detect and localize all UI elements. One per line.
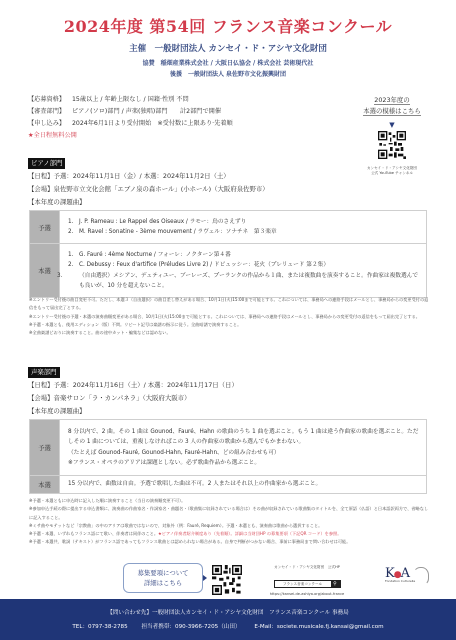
page-title: 2024年度 第54回 フランス音楽コンクール [0,14,456,37]
logo-swirl-icon [413,567,429,585]
table-row: 本選 1.G. Fauré : 4ème Nocturne / フォーレ：ノクタ… [30,244,427,298]
final-label: 本選 [30,476,60,494]
requirement-note: ※フランス・オペラのアリアは課題としない。必ず歌曲作品から選ぶこと。 [68,458,420,469]
vocal-section-tag: 声楽部門 [28,367,60,378]
general-info: 【応募資格】15歳以上 / 年齢上限なし / 国籍·性別 不問 【審査部門】ピア… [28,94,233,142]
note: ※全曲楽譜どおりに演奏すること。曲の途中カット・編集などは認めない。 [29,329,429,337]
info-row-eligibility: 【応募資格】15歳以上 / 年齢上限なし / 国籍·性別 不問 [28,94,233,106]
table-row: 本選 15 分以内で、曲数は自由。予選で歌唱した曲は不可。2 人またはそれ以上の… [30,476,427,494]
contact-details: TEL：0797-38-2785 担当者携帯：090-3966-7205（山田）… [0,622,456,630]
info-value: 2024年6月1日より受付開始 ※受付数に上限あり·先着順 [72,120,233,127]
note: ※予選・本選、いずれもフランス語にて歌い、伴奏者は同伴のこと。★ピアノ伴奏者紹介… [29,530,429,538]
hp-caption: カンセイ・ド・アシヤ文化財団 公式HP [252,565,362,570]
contact-email[interactable]: E-Mail：societe.musicale.fj.kansai@gmail.… [254,624,383,630]
prelim-requirements: 8 分以内で、2 曲。その 1 曲は Gounod、Fauré、Hahn の歌曲… [60,420,427,476]
host-line: 主催 一般財団法人 カンセイ・ド・アシヤ文化財団 [0,42,456,54]
free-admission-note: ★全日程無料公開 [28,130,233,142]
note: ※予選・本選とも、使用エディション（版）不問。リピート記号は楽譜の指示に従う。全… [29,321,429,329]
prelim-pieces: 1.J. P. Rameau : Le Rappel des Oiseaux /… [60,211,427,244]
prelim-label: 予選 [30,420,60,476]
vocal-pieces-heading: 【本年度の課題曲】 [28,405,238,418]
youtube-qr-code[interactable] [378,131,406,159]
recruit-info-button[interactable]: 募集要項について 詳細はこちら [123,563,203,593]
table-row: 予選 1.J. P. Rameau : Le Rappel des Oiseau… [30,211,427,244]
vocal-venue: 【会場】音楽サロン「ラ・カンパネラ」（大阪府大阪市） [28,392,238,405]
search-icon[interactable]: ⚲ [331,580,340,588]
search-input[interactable]: フランス音楽コンクール [275,581,331,587]
final-pieces: 1.G. Fauré : 4ème Nocturne / フォーレ：ノクターン第… [60,244,427,298]
support-line: 後援 一般財団法人 泉佐野市文化振興財団 [0,69,456,78]
video-link-text-2[interactable]: 本選の模様はこちら [336,106,448,117]
piano-schedule: 【日程】予選：2024年11月1日（金）/ 本選：2024年11月2日（土） [28,170,269,183]
vocal-schedule: 【日程】予選：2024年11月16日（土）/ 本選：2024年11月17日（日） [28,379,238,392]
contact-tel: TEL：0797-38-2785 [72,624,127,630]
piano-pieces-table: 予選 1.J. P. Rameau : Le Rappel des Oiseau… [29,210,427,298]
table-row: 予選 8 分以内で、2 曲。その 1 曲は Gounod、Fauré、Hahn … [30,420,427,476]
note: ※エントリー受付後の予選・本選の演奏曲順変更がある場合、10月1日(火)15:0… [29,313,429,321]
list-item: 2.C. Debussy : Feux d'artifice (Préludes… [68,260,420,271]
vocal-notes: ※予選・本選ともに申込時に記入した順に演奏すること（当日の演奏順変更不可）。 ※… [29,497,429,547]
final-label: 本選 [30,244,60,298]
list-item: 3.（自由選択）メシアン、デュティユー、ブーレーズ、プーランクの作品から１曲、ま… [68,271,420,292]
info-key: 【応募資格】 [28,94,72,106]
piano-pieces-heading: 【本年度の課題曲】 [28,196,269,209]
search-box[interactable]: フランス音楽コンクール ⚲ [274,580,341,588]
piano-section-tag: ピアノ部門 [28,158,65,169]
accompanist-note: ★ピアノ伴奏者紹介制度あり（先着順）。詳細は当財団HP の募集要項（下記QR コ… [158,531,341,536]
note: ※エントリー受付後の曲目変更不可。ただし、本選３（自由選択）の曲目差し替えがある… [29,296,429,313]
right-arrow-icon [203,575,207,581]
contact-mobile: 担当者携帯：090-3966-7205（山田） [141,624,240,630]
header: 2024年度 第54回 フランス音楽コンクール 主催 一般財団法人 カンセイ・ド… [0,14,456,78]
requirement-example: （たとえば Gounod-Fauré, Gounod-Hahn, Fauré-H… [68,448,420,459]
prelim-label: 予選 [30,211,60,244]
down-arrow-icon: ▼ [336,121,448,129]
bottom-links: 募集要項について 詳細はこちら カンセイ・ド・アシヤ文化財団 公式HP フランス… [0,563,456,599]
info-key: 【申し込み】 [28,118,72,130]
info-row-divisions: 【審査部門】ピアノ(ソロ)部門 / 声楽(独唱)部門 計2部門で開催 [28,106,233,118]
info-value: ピアノ(ソロ)部門 / 声楽(独唱)部門 計2部門で開催 [72,108,221,115]
foundation-logo: K●A Fondation Culturelle [385,566,430,596]
recruit-qr-code[interactable] [212,565,242,595]
list-item: 1.G. Fauré : 4ème Nocturne / フォーレ：ノクターン第… [68,250,420,261]
list-item: 1.J. P. Rameau : Le Rappel des Oiseaux /… [68,217,420,228]
official-hp-block: カンセイ・ド・アシヤ文化財団 公式HP フランス音楽コンクール ⚲ https:… [252,565,362,596]
info-key: 【審査部門】 [28,106,72,118]
piano-details: 【日程】予選：2024年11月1日（金）/ 本選：2024年11月2日（土） 【… [28,170,269,209]
note: ※参加申込手続の際に提出する申込書類に、演奏曲の作曲家名・作詞家名・曲題名・（歌… [29,505,429,522]
requirement-text: 8 分以内で、2 曲。その 1 曲は Gounod、Fauré、Hahn の歌曲… [68,427,420,448]
piano-venue: 【会場】泉佐野市立文化会館「エブノ泉の森ホール」(小ホール)（大阪府泉佐野市） [28,183,269,196]
piano-notes: ※エントリー受付後の曲目変更不可。ただし、本選３（自由選択）の曲目差し替えがある… [29,296,429,337]
sponsor-line: 協賛 稲畑産業株式会社 / 大阪日仏協会 / 株式会社 芸術現代社 [0,58,456,67]
contact-heading: 【問い合わせ先】一般財団法人カンセイ・ド・アシヤ文化財団 フランス音楽コンクール… [0,608,456,616]
video-link-text[interactable]: 2023年度の [336,95,448,106]
video-caption: カンセイ・ド・アシヤ文化財団 公式 YouTube チャンネル [336,166,448,176]
contact-footer: 【問い合わせ先】一般財団法人カンセイ・ド・アシヤ文化財団 フランス音楽コンクール… [0,599,456,640]
vocal-pieces-table: 予選 8 分以内で、2 曲。その 1 曲は Gounod、Fauré、Hahn … [29,419,427,494]
note: ※予選・本選ともに申込時に記入した順に演奏すること（当日の演奏順変更不可）。 [29,497,429,505]
list-item: 2.M. Ravel : Sonatine - 3ème mouvement /… [68,227,420,238]
info-value: 15歳以上 / 年齢上限なし / 国籍·性別 不問 [72,96,189,103]
note: ※予選・本選共、歌詞（テキスト）がフランス語であってもフランス歌曲とは認められな… [29,538,429,546]
video-link-block[interactable]: 2023年度の 本選の模様はこちら ▼ カンセイ・ド・アシヤ文化財団 公式 Yo… [336,95,448,176]
note: ※ミサ曲やモテットなど「宗教曲」の中のアリアは歌曲ではないので、対象外（例：Fa… [29,522,429,530]
info-row-application: 【申し込み】2024年6月1日より受付開始 ※受付数に上限あり·先着順 [28,118,233,130]
vocal-details: 【日程】予選：2024年11月16日（土）/ 本選：2024年11月17日（日）… [28,379,238,418]
hp-url-link[interactable]: https://kansei-de-ashiya.org/about-franc… [252,592,362,596]
final-requirements: 15 分以内で、曲数は自由。予選で歌唱した曲は不可。2 人またはそれ以上の作曲家… [60,476,427,494]
